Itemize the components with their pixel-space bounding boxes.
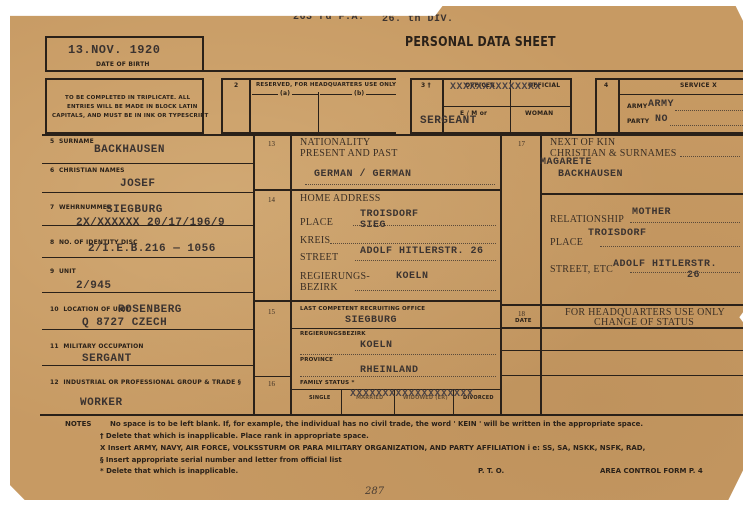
- box16-number: 16: [268, 380, 275, 388]
- kin-place-label: PLACE: [550, 237, 583, 248]
- kin-street-label: STREET, ETC: [550, 264, 613, 275]
- regbez-15-value: KOELN: [360, 340, 393, 351]
- party-value: NO: [655, 114, 668, 125]
- unit-typed: 263 rd F.A.: [293, 12, 365, 23]
- identity-disc-value: 2/I.E.B.216 — 1056: [88, 243, 216, 255]
- box4-number: 4: [604, 82, 608, 89]
- next-of-kin-label: NEXT OF KIN: [550, 137, 615, 148]
- notes-line-2: † Delete that which is inapplicable. Pla…: [100, 432, 369, 440]
- date-of-birth-value: 13.NOV. 1920: [68, 43, 160, 57]
- location-value-2: Q 8727 CZECH: [82, 317, 167, 329]
- field-label: INDUSTRIAL OR PROFESSIONAL GROUP & TRADE…: [63, 379, 241, 386]
- regbez-15-label: REGIERUNGSBEZIRK: [300, 331, 366, 337]
- place-value: TROISDORF: [360, 209, 419, 220]
- field-number: 10: [50, 306, 59, 313]
- personal-data-sheet: 263 rd F.A. 26. th DIV. PERSONAL DATA SH…: [10, 6, 743, 500]
- kin-street-value: ADOLF HITLERSTR.: [613, 259, 717, 270]
- street-label: STREET: [300, 252, 338, 263]
- instructions-line-2: ENTRIES WILL BE MADE IN BLOCK LATIN: [67, 104, 198, 110]
- location-value: ROSENBERG: [118, 304, 182, 316]
- field-number: 12: [50, 379, 59, 386]
- recruiting-office-value: SIEGBURG: [345, 315, 397, 326]
- nationality-label: NATIONALITY: [300, 137, 371, 148]
- box2-col-b: (b): [354, 90, 364, 97]
- service-label: SERVICE X: [680, 82, 717, 89]
- family-status-strike-typed: XXXXXXXXXXXXXXXXXXX: [350, 389, 474, 400]
- form-id: AREA CONTROL FORM P. 4: [600, 467, 703, 475]
- change-of-status-label: CHANGE OF STATUS: [594, 317, 694, 328]
- family-status-single: SINGLE: [309, 395, 331, 401]
- kreis-label: KREIS: [300, 235, 330, 246]
- field-label: UNIT: [59, 268, 76, 275]
- unit-value: 2/945: [76, 280, 112, 292]
- field-number: 5: [50, 138, 54, 145]
- handwritten-number: 287: [365, 486, 384, 497]
- field-label: WEHRNUMMER: [59, 204, 112, 211]
- field-number: 11: [50, 343, 59, 350]
- date-label: DATE: [515, 318, 532, 324]
- instructions-line-3: CAPITALS, AND MUST BE IN INK OR TYPESCRI…: [52, 113, 208, 119]
- box2-col-a: (a): [280, 90, 290, 97]
- box18-number: 18: [518, 310, 525, 318]
- nationality-present-past-label: PRESENT AND PAST: [300, 148, 398, 159]
- place-label: PLACE: [300, 217, 333, 228]
- notes-line-3: X Insert ARMY, NAVY, AIR FORCE, VOLKSSTU…: [100, 444, 645, 452]
- woman-label: WOMAN: [525, 110, 553, 117]
- army-value: ARMY: [648, 99, 674, 110]
- kin-name-2: BACKHAUSEN: [558, 169, 623, 180]
- field-label: MILITARY OCCUPATION: [63, 343, 143, 350]
- recruiting-office-label: LAST COMPETENT RECRUITING OFFICE: [300, 306, 425, 312]
- box13-number: 13: [268, 140, 275, 148]
- wehrnummer-value: SIEGBURG: [106, 204, 163, 216]
- party-label: PARTY: [627, 118, 649, 125]
- field-number: 6: [50, 167, 54, 174]
- kin-place-value: TROISDORF: [588, 228, 647, 239]
- field-number: 9: [50, 268, 54, 275]
- relationship-value: MOTHER: [632, 207, 671, 218]
- notes-line-5: * Delete that which is inapplicable.: [100, 467, 238, 475]
- field-number: 8: [50, 239, 54, 246]
- christian-names-value: JOSEF: [120, 178, 156, 190]
- box17-number: 17: [518, 140, 525, 148]
- rank-typed: SERGEANT: [420, 115, 477, 127]
- military-occupation-value: SERGANT: [82, 353, 132, 365]
- province-label: PROVINCE: [300, 357, 333, 363]
- wehrnummer-value-2: 2X/XXXXXX 20/17/196/9: [76, 217, 225, 229]
- instructions-line-1: TO BE COMPLETED IN TRIPLICATE. ALL: [65, 95, 190, 101]
- pto-label: P. T. O.: [478, 467, 504, 475]
- province-value: RHEINLAND: [360, 365, 419, 376]
- box14-number: 14: [268, 196, 275, 204]
- box3-number: 3 †: [421, 82, 431, 89]
- field-label: SURNAME: [59, 138, 94, 145]
- regbez-label-1: REGIERUNGS-: [300, 271, 370, 282]
- surname-value: BACKHAUSEN: [94, 144, 165, 156]
- box15-number: 15: [268, 308, 275, 316]
- regbez-label-2: BEZIRK: [300, 282, 338, 293]
- page-title: PERSONAL DATA SHEET: [405, 35, 556, 50]
- kin-name-1: MAGARETE: [540, 157, 592, 168]
- notes-line-4: § Insert appropriate serial number and l…: [100, 456, 342, 464]
- street-value: ADOLF HITLERSTR. 26: [360, 246, 484, 257]
- trade-value: WORKER: [80, 397, 123, 409]
- box2-label: RESERVED, FOR HEADQUARTERS USE ONLY: [256, 82, 396, 88]
- home-address-label: HOME ADDRESS: [300, 193, 381, 204]
- box3-strike-typed: XXXXXXXXXXXXXX: [450, 82, 541, 93]
- notes-heading: NOTES: [65, 420, 91, 428]
- army-label: ARMY: [627, 103, 647, 110]
- notes-line-1: No space is to be left blank. If, for ex…: [110, 420, 643, 428]
- division-typed: 26. th DIV.: [382, 14, 454, 25]
- field-number: 7: [50, 204, 54, 211]
- nationality-value: GERMAN / GERMAN: [314, 169, 412, 180]
- date-of-birth-label: DATE OF BIRTH: [96, 61, 150, 68]
- regbez-value: KOELN: [396, 271, 429, 282]
- relationship-label: RELATIONSHIP: [550, 214, 624, 225]
- field-label: CHRISTIAN NAMES: [59, 167, 125, 174]
- box2-number: 2: [234, 82, 238, 89]
- family-status-label: FAMILY STATUS *: [300, 380, 355, 386]
